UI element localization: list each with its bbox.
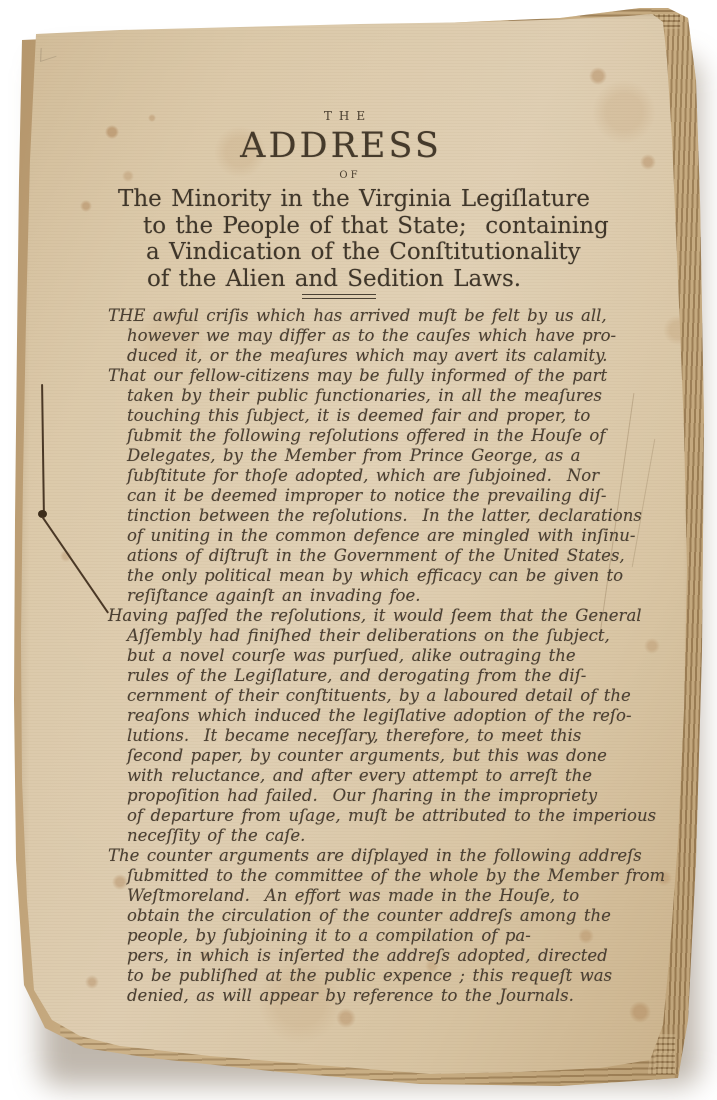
paragraph: The counter arguments are diſplayed in t…: [108, 846, 648, 1006]
subtitle-line: The Minority in the Virginia Legiſlature: [118, 186, 700, 213]
title-of-label: OF: [120, 170, 580, 181]
title-kicker: THE: [120, 109, 576, 123]
binding-thread: [41, 384, 45, 515]
pencil-mark: [40, 43, 57, 62]
main-title: ADDRESS: [110, 126, 572, 166]
subtitle-line: a Vindication of the Conſtitutionality: [146, 239, 700, 266]
paragraph: THE awful criſis which has arrived muſt …: [108, 306, 648, 366]
body-text: THE awful criſis which has arrived muſt …: [108, 306, 648, 1006]
binding-thread-tail: [41, 516, 109, 614]
subtitle-block: The Minority in the Virginia Legiſlature…: [0, 186, 700, 292]
subtitle-line: to the People of that State; containing: [143, 213, 700, 240]
subtitle-line: of the Alien and Sedition Laws.: [147, 266, 700, 293]
paragraph: Having paſſed the reſolutions, it would …: [108, 606, 648, 846]
paragraph: That our fellow-citizens may be fully in…: [108, 366, 648, 606]
pamphlet-cover-page: THE ADDRESS OF The Minority in the Virgi…: [0, 0, 717, 1100]
title-divider-rule: [302, 294, 376, 299]
photograph-background: THE ADDRESS OF The Minority in the Virgi…: [0, 0, 717, 1100]
